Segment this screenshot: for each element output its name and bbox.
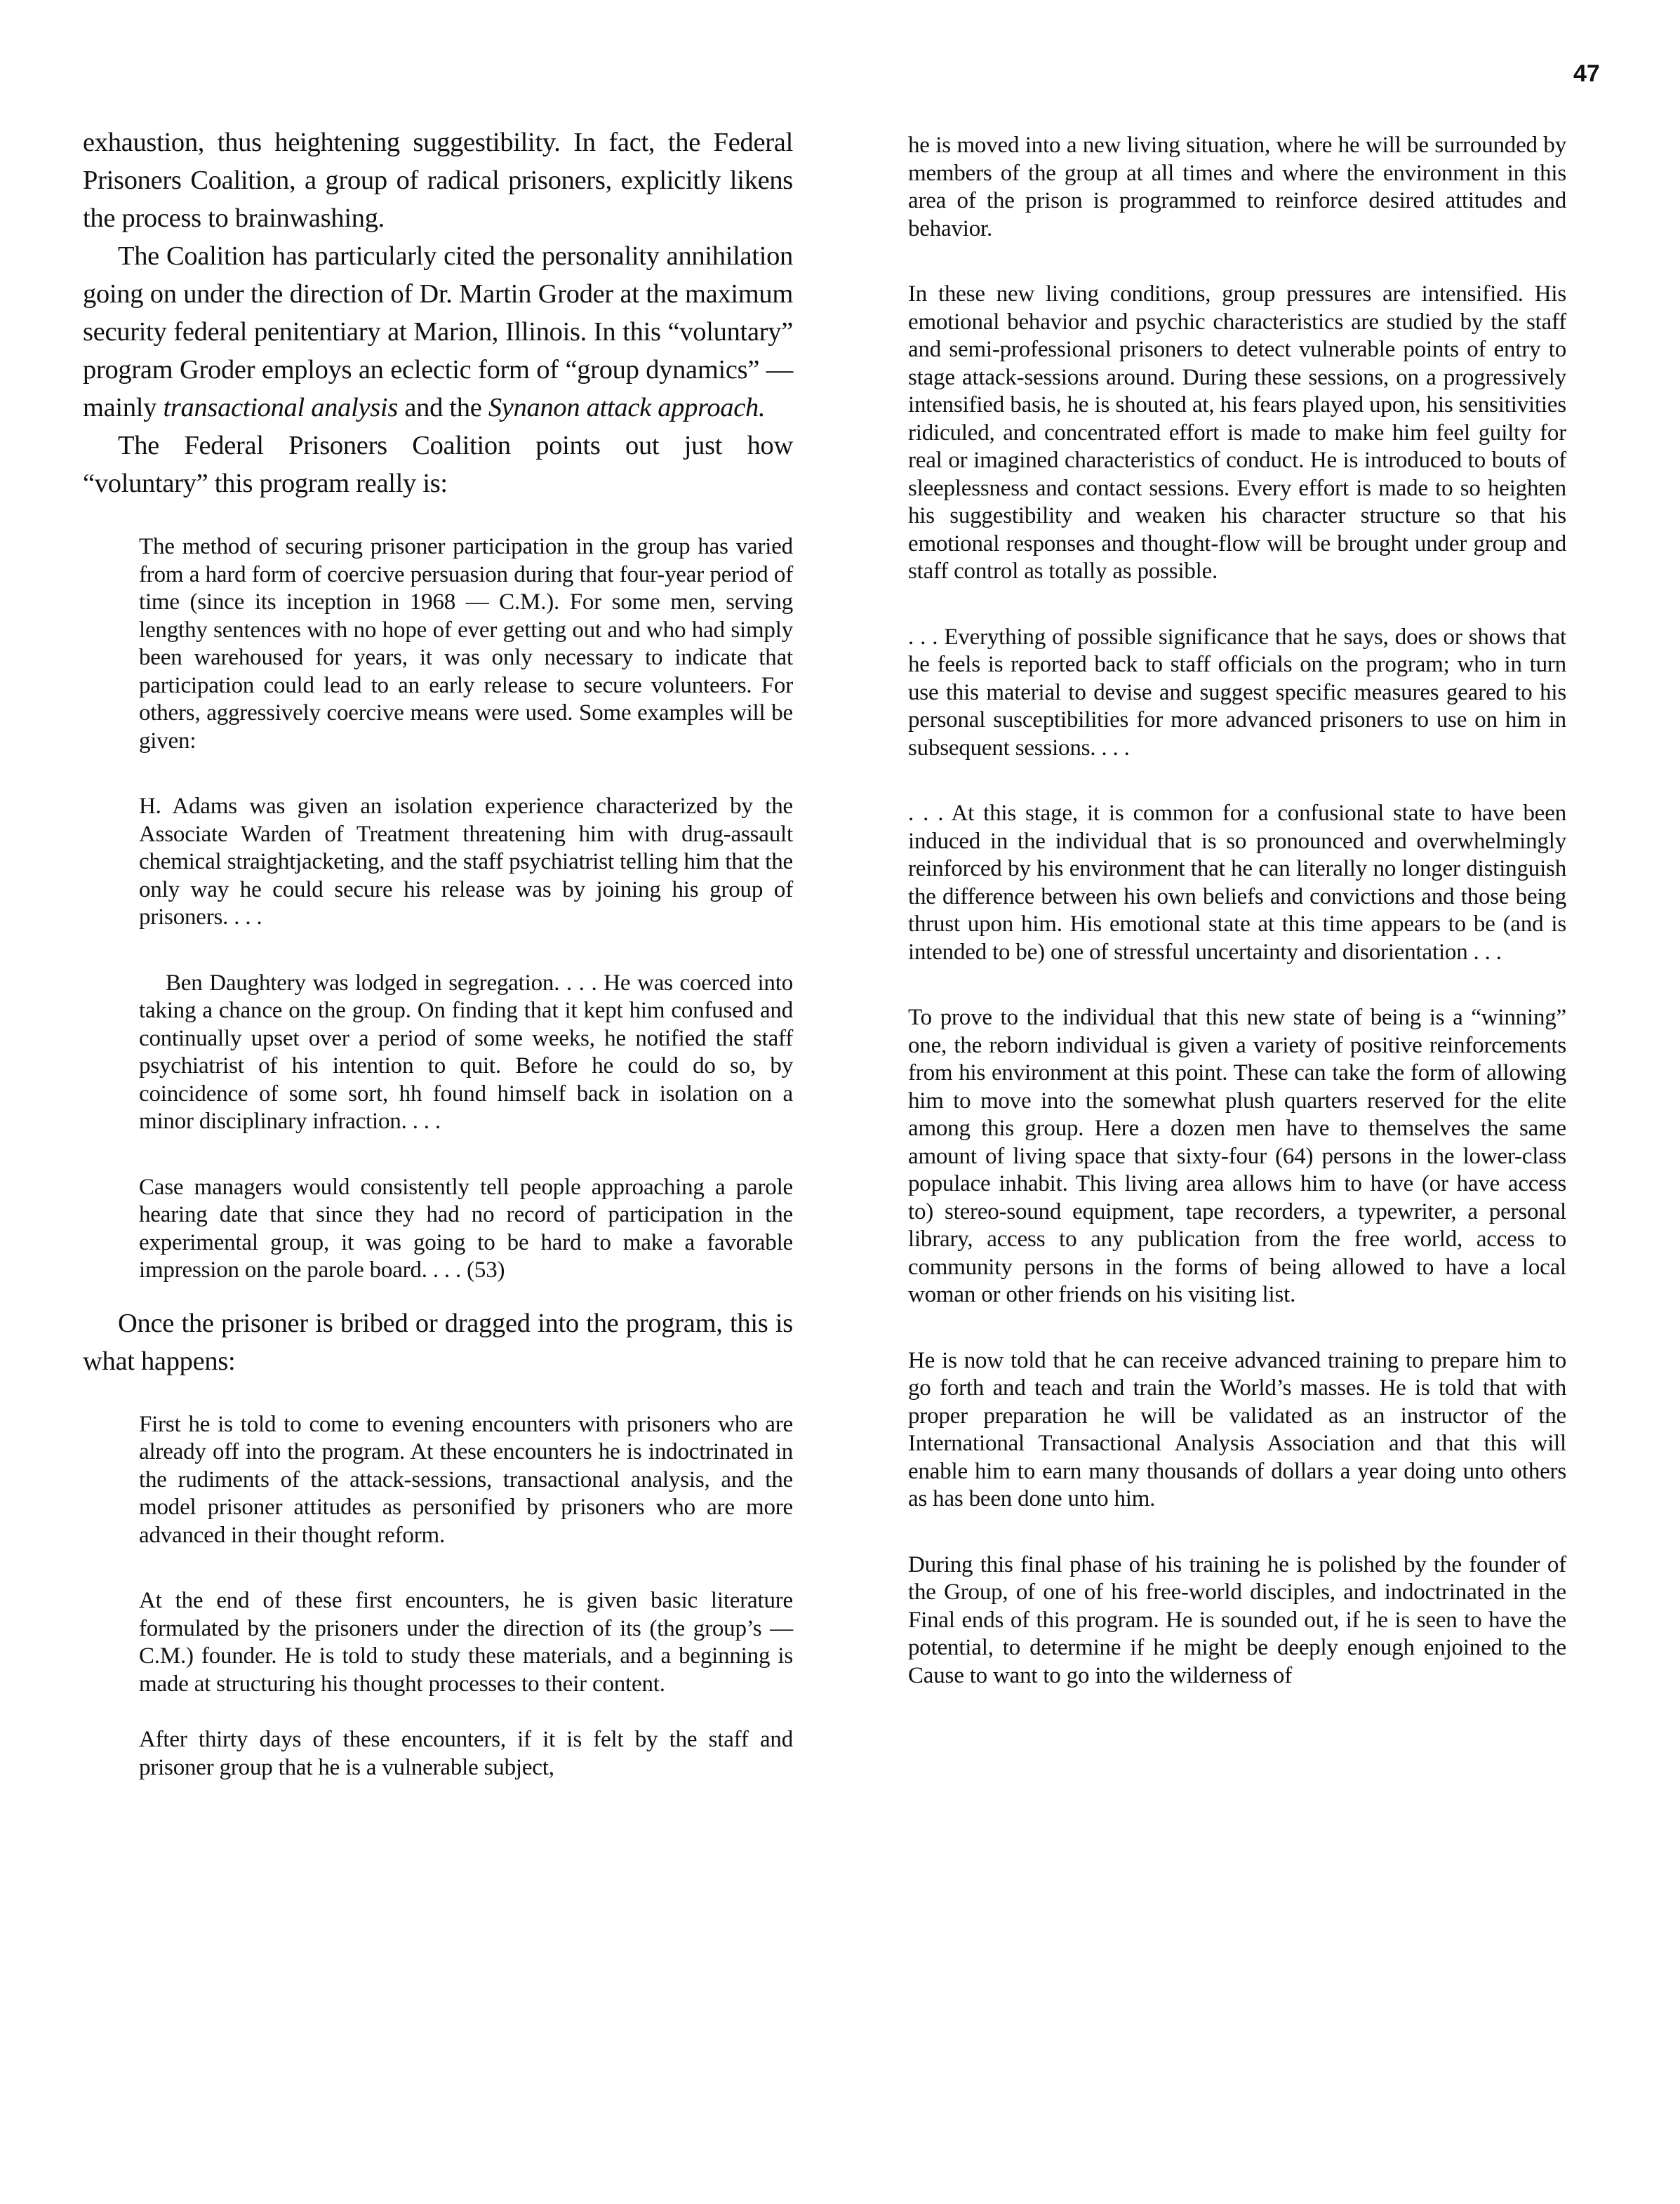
block-quote: He is now told that he can receive advan… (908, 1347, 1566, 1514)
body-paragraph: exhaustion, thus heightening suggestibil… (83, 123, 793, 237)
paragraph-text: and the (398, 393, 488, 422)
block-quote: Ben Daughtery was lodged in segregation.… (139, 970, 793, 1136)
page-number: 47 (1573, 60, 1600, 88)
body-paragraph: The Coalition has particularly cited the… (83, 237, 793, 427)
body-paragraph: The Federal Prisoners Coalition points o… (83, 427, 793, 502)
block-quote: During this final phase of his training … (908, 1551, 1566, 1690)
block-quote: To prove to the individual that this new… (908, 1004, 1566, 1309)
block-quote: H. Adams was given an isolation experien… (139, 793, 793, 932)
body-paragraph: Once the prisoner is bribed or dragged i… (83, 1304, 793, 1380)
left-column: exhaustion, thus heightening suggestibil… (83, 123, 793, 1782)
block-quote: In these new living conditions, group pr… (908, 281, 1566, 586)
block-quote: . . . At this stage, it is common for a … (908, 800, 1566, 966)
emphasis-term: Synanon attack approach. (488, 393, 765, 422)
block-quote: he is moved into a new living situation,… (908, 132, 1566, 243)
block-quote: . . . Everything of possible significanc… (908, 624, 1566, 763)
block-quote: The method of securing prisoner particip… (139, 533, 793, 755)
block-quote: Case managers would consistently tell pe… (139, 1174, 793, 1285)
emphasis-term: transactional analysis (163, 393, 398, 422)
block-quote: At the end of these first encounters, he… (139, 1587, 793, 1698)
block-quote: First he is told to come to evening enco… (139, 1411, 793, 1550)
block-quote: After thirty days of these encounters, i… (139, 1726, 793, 1782)
right-column: he is moved into a new living situation,… (908, 132, 1566, 1690)
